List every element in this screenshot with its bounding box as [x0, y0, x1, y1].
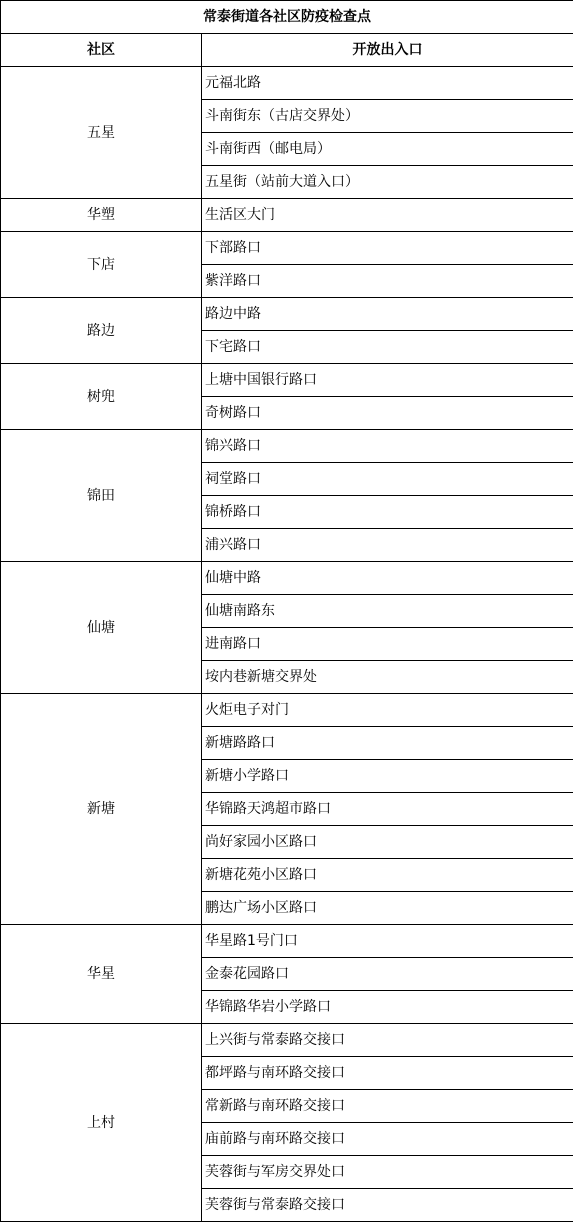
table-row: 下店下部路口: [1, 232, 573, 265]
community-name: 路边: [1, 298, 202, 364]
table-row: 树兜上塘中国银行路口: [1, 364, 573, 397]
entry-point: 仙塘南路东: [202, 595, 573, 628]
entry-point: 斗南街西（邮电局）: [202, 133, 573, 166]
entry-point: 斗南街东（古店交界处）: [202, 100, 573, 133]
entry-point: 上兴街与常泰路交接口: [202, 1024, 573, 1057]
entry-point: 锦兴路口: [202, 430, 573, 463]
entry-point: 新塘小学路口: [202, 760, 573, 793]
community-name: 新塘: [1, 694, 202, 925]
community-name: 上村: [1, 1024, 202, 1222]
entry-point: 鹏达广场小区路口: [202, 892, 573, 925]
entry-point: 新塘路路口: [202, 727, 573, 760]
community-name: 树兜: [1, 364, 202, 430]
entry-point: 尚好家园小区路口: [202, 826, 573, 859]
header-entries: 开放出入口: [202, 34, 573, 67]
table-row: 路边路边中路: [1, 298, 573, 331]
entry-point: 新塘花苑小区路口: [202, 859, 573, 892]
table-row: 新塘火炬电子对门: [1, 694, 573, 727]
entry-point: 芙蓉街与常泰路交接口: [202, 1189, 573, 1222]
entry-point: 火炬电子对门: [202, 694, 573, 727]
entry-point: 紫洋路口: [202, 265, 573, 298]
checkpoint-table: 常泰街道各社区防疫检查点 社区 开放出入口 五星元福北路斗南街东（古店交界处）斗…: [0, 0, 573, 1222]
entry-point: 上塘中国银行路口: [202, 364, 573, 397]
entry-point: 常新路与南环路交接口: [202, 1090, 573, 1123]
entry-point: 进南路口: [202, 628, 573, 661]
entry-point: 芙蓉街与军房交界处口: [202, 1156, 573, 1189]
entry-point: 华星路1号门口: [202, 925, 573, 958]
entry-point: 奇树路口: [202, 397, 573, 430]
title-row: 常泰街道各社区防疫检查点: [1, 1, 573, 34]
community-name: 华塑: [1, 199, 202, 232]
entry-point: 仙塘中路: [202, 562, 573, 595]
entry-point: 锦桥路口: [202, 496, 573, 529]
table-row: 锦田锦兴路口: [1, 430, 573, 463]
entry-point: 下宅路口: [202, 331, 573, 364]
community-name: 下店: [1, 232, 202, 298]
entry-point: 华锦路天鸿超市路口: [202, 793, 573, 826]
entry-point: 生活区大门: [202, 199, 573, 232]
entry-point: 垵内巷新塘交界处: [202, 661, 573, 694]
entry-point: 庙前路与南环路交接口: [202, 1123, 573, 1156]
header-row: 社区 开放出入口: [1, 34, 573, 67]
entry-point: 下部路口: [202, 232, 573, 265]
table-row: 五星元福北路: [1, 67, 573, 100]
community-name: 五星: [1, 67, 202, 199]
entry-point: 祠堂路口: [202, 463, 573, 496]
table-row: 上村上兴街与常泰路交接口: [1, 1024, 573, 1057]
table-row: 仙塘仙塘中路: [1, 562, 573, 595]
community-name: 锦田: [1, 430, 202, 562]
entry-point: 五星街（站前大道入口）: [202, 166, 573, 199]
entry-point: 都坪路与南环路交接口: [202, 1057, 573, 1090]
entry-point: 华锦路华岩小学路口: [202, 991, 573, 1024]
entry-point: 路边中路: [202, 298, 573, 331]
table-row: 华星华星路1号门口: [1, 925, 573, 958]
table-title: 常泰街道各社区防疫检查点: [1, 1, 573, 34]
entry-point: 金泰花园路口: [202, 958, 573, 991]
community-name: 华星: [1, 925, 202, 1024]
header-community: 社区: [1, 34, 202, 67]
table-body: 五星元福北路斗南街东（古店交界处）斗南街西（邮电局）五星街（站前大道入口）华塑生…: [1, 67, 573, 1222]
community-name: 仙塘: [1, 562, 202, 694]
entry-point: 浦兴路口: [202, 529, 573, 562]
entry-point: 元福北路: [202, 67, 573, 100]
table-row: 华塑生活区大门: [1, 199, 573, 232]
